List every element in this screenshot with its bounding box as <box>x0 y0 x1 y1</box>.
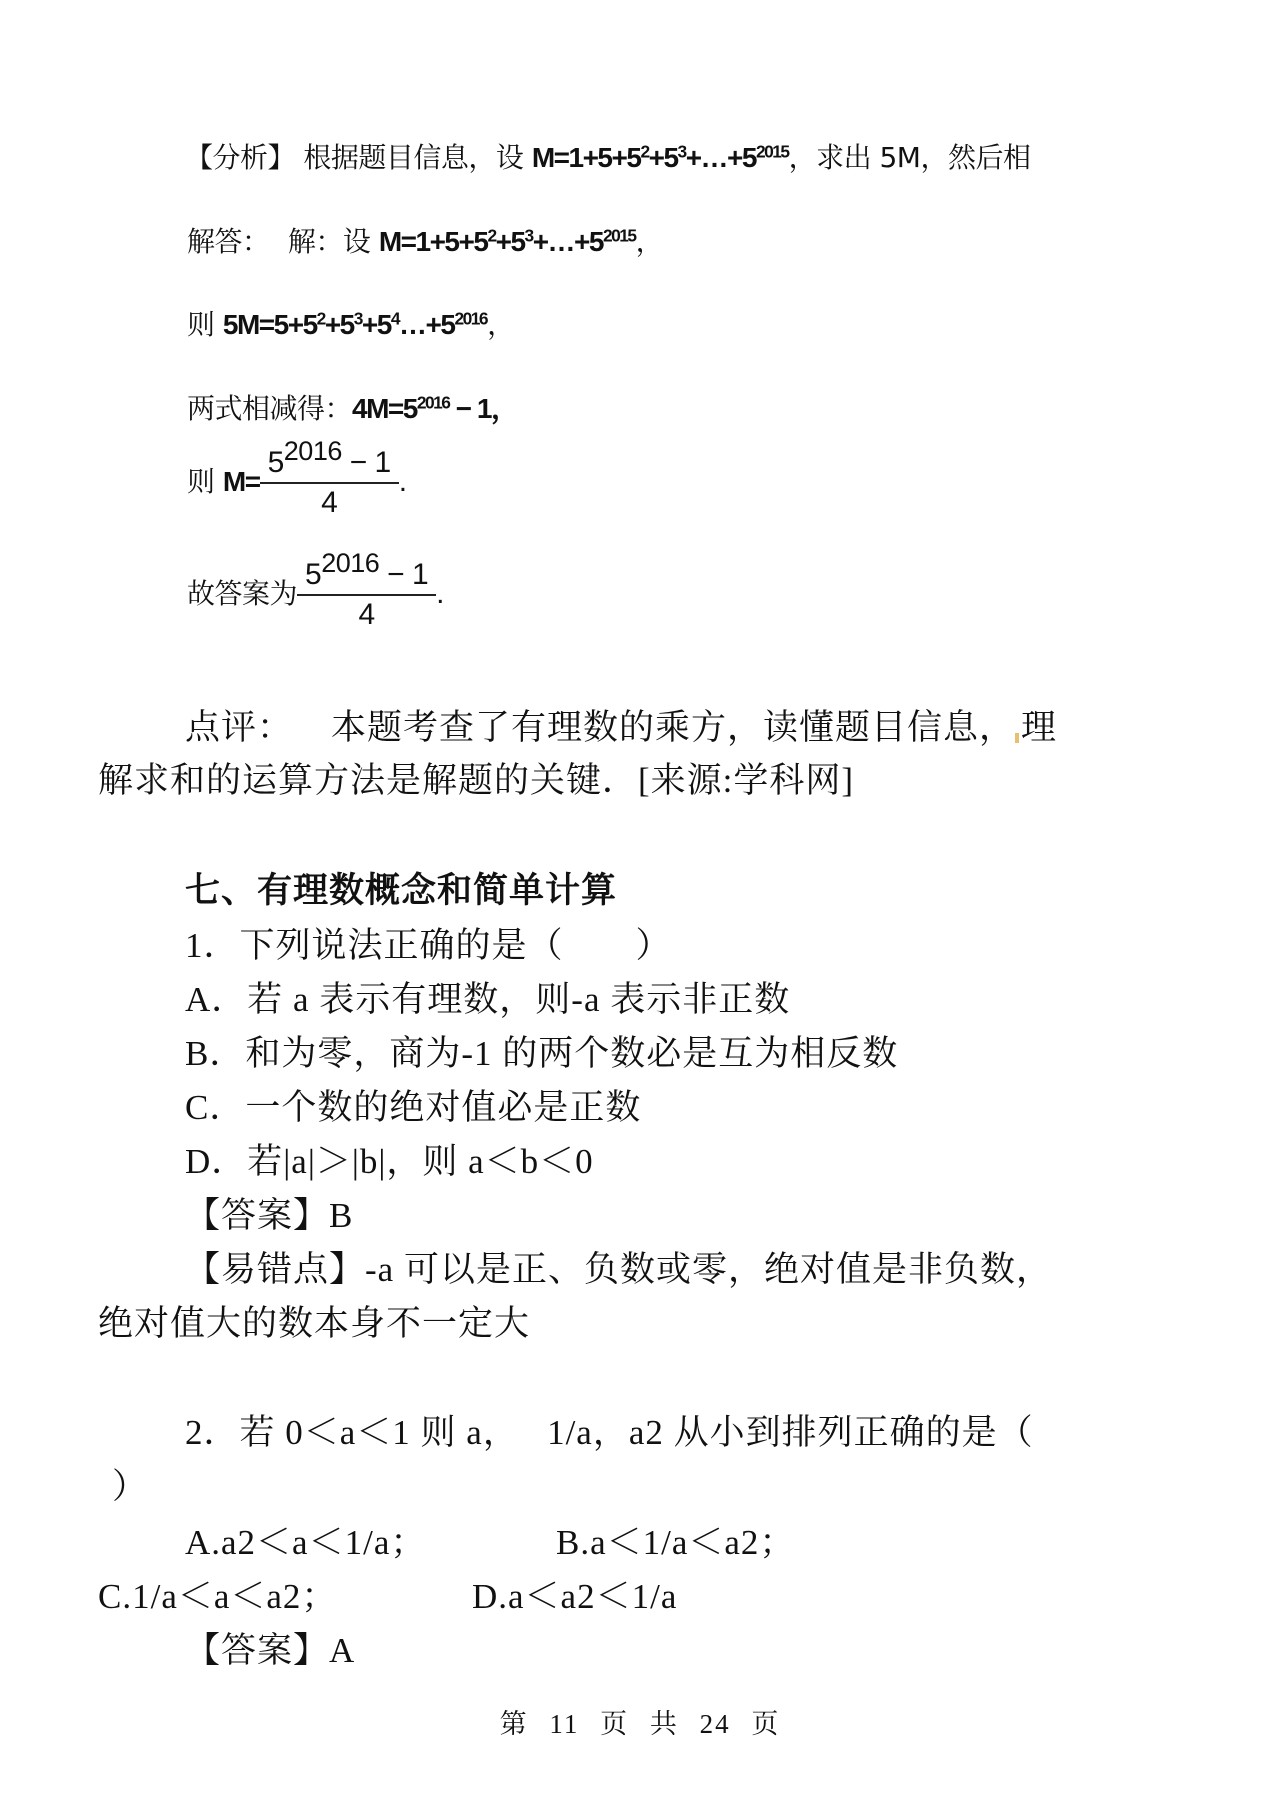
comment-line-2: 解求和的运算方法是解题的关键．[来源:学科网] <box>98 753 854 803</box>
section-title: 七、有理数概念和简单计算 <box>185 863 617 913</box>
document-page: 【分析】 根据题目信息，设 M=1+5+52+53+…+52015，求出 5M，… <box>0 0 1280 1812</box>
solution-label: 解答： <box>187 225 270 258</box>
solution-line-2: 则 5M=5+52+53+54…+52016， <box>187 303 515 343</box>
question-1-pitfall: 【易错点】-a 可以是正、负数或零，绝对值是非负数， <box>185 1242 1052 1292</box>
analysis-text-after: ，求出 5M，然后相 <box>789 141 1031 174</box>
analysis-line: 【分析】 根据题目信息，设 M=1+5+52+53+…+52015，求出 5M，… <box>185 136 1030 176</box>
solution-line-5: 故答案为52016 − 14. <box>187 558 444 632</box>
analysis-label: 【分析】 <box>185 141 295 174</box>
question-1-option-d: D．若|a|＞|b|，则 a＜b＜0 <box>185 1134 594 1184</box>
question-1-pitfall-cont: 绝对值大的数本身不一定大 <box>98 1296 530 1346</box>
question-1-option-b: B．和为零，商为-1 的两个数必是互为相反数 <box>185 1026 898 1076</box>
comment-line-1: 点评：本题考查了有理数的乘方，读懂题目信息，理 <box>185 700 1057 750</box>
page-number-footer: 第 11 页 共 24 页 <box>0 1702 1280 1741</box>
cursor-mark <box>1015 733 1019 743</box>
fraction: 52016 − 14 <box>260 446 399 520</box>
question-2-option-a: A.a2＜a＜1/a； <box>185 1515 426 1565</box>
question-2-answer: 【答案】A <box>185 1623 355 1673</box>
question-2-stem-cont: ） <box>112 1459 148 1509</box>
solution-line-4: 则 M=52016 − 14. <box>187 446 407 520</box>
solution-line-3: 两式相减得：4M=52016 − 1， <box>187 387 517 427</box>
formula: 4M=52016 − 1， <box>352 393 517 424</box>
solution-line-1: 解答： 解：设 M=1+5+52+53+…+52015， <box>187 220 663 260</box>
fraction: 52016 − 14 <box>297 558 436 632</box>
comment-label: 点评： <box>185 708 293 747</box>
formula: M=1+5+52+53+…+52015 <box>532 142 789 173</box>
question-1-option-a: A．若 a 表示有理数，则-a 表示非正数 <box>185 972 790 1022</box>
question-1-answer: 【答案】B <box>185 1188 353 1238</box>
question-1-stem: 1．下列说法正确的是（ ） <box>185 918 672 968</box>
question-1-option-c: C．一个数的绝对值必是正数 <box>185 1080 641 1130</box>
question-2-stem: 2．若 0＜a＜1 则 a， 1/a，a2 从小到排列正确的是（ <box>185 1405 1034 1455</box>
question-2-option-c: C.1/a＜a＜a2； <box>98 1569 337 1619</box>
formula: M=1+5+52+53+…+52015 <box>379 226 636 257</box>
question-2-option-d: D.a＜a2＜1/a <box>472 1569 677 1619</box>
analysis-text: 根据题目信息，设 <box>303 141 531 174</box>
question-2-option-b: B.a＜1/a＜a2； <box>556 1515 795 1565</box>
formula: 5M=5+52+53+54…+52016 <box>223 309 487 340</box>
